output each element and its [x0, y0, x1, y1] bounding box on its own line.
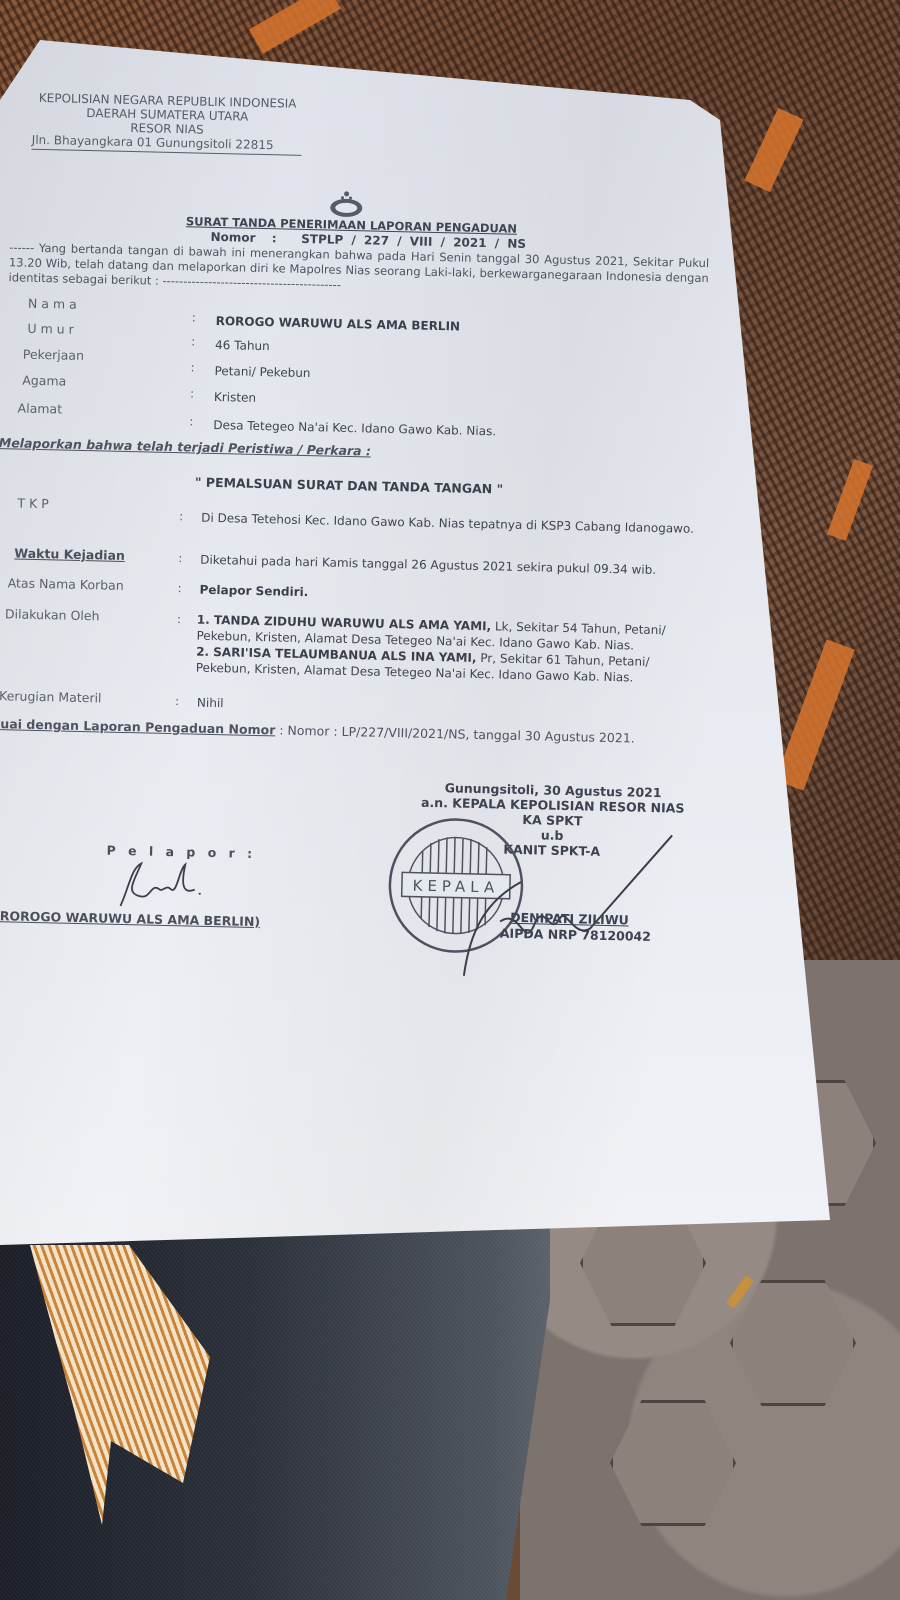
reporter-signature-scribble — [110, 858, 211, 910]
identity-label-alamat: Alamat — [17, 400, 62, 416]
police-emblem-icon — [326, 187, 367, 220]
perpetrator-list: 1. TANDA ZIDUHU WARUWU ALS AMA YAMI, Lk,… — [196, 612, 717, 688]
identity-label-agama: Agama — [22, 373, 66, 389]
field-value-korban: Pelapor Sendiri. — [199, 582, 308, 600]
nomor-label: Nomor — [210, 230, 255, 245]
field-value-kerugian: Nihil — [197, 695, 224, 712]
identity-value-agama: Kristen — [214, 389, 256, 406]
identity-value-umur: 46 Tahun — [215, 337, 270, 354]
officer-name: DENIPATI ZILIWU — [510, 910, 629, 928]
field-label-kerugian: Kerugian Materil — [0, 688, 102, 705]
document-paper: KEPOLISIAN NEGARA REPUBLIK INDONESIA DAE… — [0, 40, 830, 1250]
field-label-tkp: T K P — [17, 496, 49, 512]
field-label-waktu: Waktu Kejadian — [14, 545, 125, 563]
identity-label-umur: U m u r — [27, 321, 74, 337]
identity-value-pekerjaan: Petani/ Pekebun — [214, 363, 310, 381]
field-label-dilakukan-oleh: Dilakukan Oleh — [5, 606, 100, 623]
identity-label-pekerjaan: Pekerjaan — [23, 347, 84, 363]
identity-label-nama: N a m a — [28, 296, 77, 312]
letterhead: KEPOLISIAN NEGARA REPUBLIK INDONESIA DAE… — [32, 91, 303, 156]
officer-signature-scribble — [449, 810, 683, 985]
field-label-korban: Atas Nama Korban — [8, 575, 124, 593]
